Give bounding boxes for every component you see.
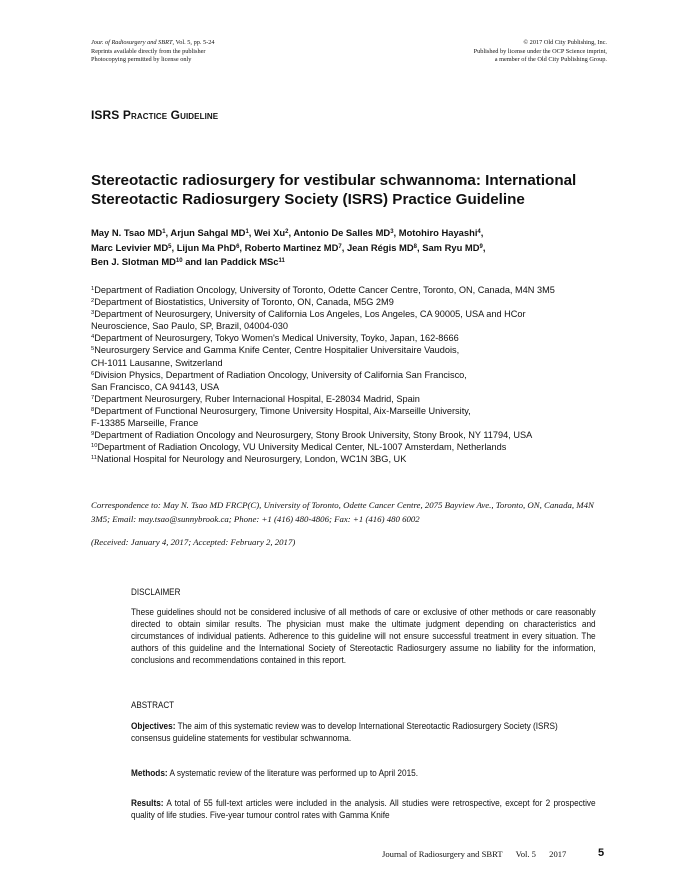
author: Roberto Martinez MD7, [245, 242, 347, 253]
affiliation-text: Neurosurgery Service and Gamma Knife Cen… [91, 345, 459, 367]
author-name: Arjun Sahgal MD [170, 227, 245, 238]
abstract-methods: Methods: A systematic review of the lite… [131, 767, 596, 779]
section-label-prefix: ISRS [91, 108, 123, 122]
objectives-text: The aim of this systematic review was to… [131, 720, 558, 743]
author-affiliation-marker: 10 [176, 258, 183, 264]
journal-name: Jour. of Radiosurgery and SBRT [91, 39, 172, 46]
author-separator: , [481, 227, 484, 238]
affiliation: 6Division Physics, Department of Radiati… [91, 369, 621, 393]
copyright-line: © 2017 Old City Publishing, Inc. [474, 39, 607, 48]
affiliation-text: Department of Radiation Oncology and Neu… [94, 430, 532, 440]
affiliation: 1Department of Radiation Oncology, Unive… [91, 284, 621, 296]
author-name: Motohiro Hayashi [399, 227, 478, 238]
disclaimer-heading: DISCLAIMER [131, 587, 180, 597]
affiliation: 7Department Neurosurgery, Ruber Internac… [91, 393, 621, 405]
author: Sam Ryu MD9, [422, 242, 485, 253]
affiliation-list: 1Department of Radiation Oncology, Unive… [91, 284, 621, 465]
author-separator: , [483, 242, 486, 253]
methods-text: A systematic review of the literature wa… [168, 767, 418, 778]
methods-label: Methods: [131, 767, 168, 778]
received-dates: (Received: January 4, 2017; Accepted: Fe… [91, 537, 295, 547]
footer-volume: Vol. 5 [516, 849, 536, 859]
author-name: Lijun Ma PhD [177, 242, 236, 253]
author: Motohiro Hayashi4, [399, 227, 484, 238]
author: May N. Tsao MD1, [91, 227, 170, 238]
disclaimer-body: These guidelines should not be considere… [131, 606, 596, 666]
correspondence: Correspondence to: May N. Tsao MD FRCP(C… [91, 499, 611, 526]
author-separator: and [183, 256, 205, 267]
author: Antonio De Salles MD3, [293, 227, 398, 238]
author-list: May N. Tsao MD1, Arjun Sahgal MD1, Wei X… [91, 226, 611, 270]
volume-pages: , Vol. 5, pp. 5-24 [172, 39, 214, 46]
affiliation: 9Department of Radiation Oncology and Ne… [91, 429, 621, 441]
running-header-right: © 2017 Old City Publishing, Inc. Publish… [474, 39, 607, 65]
author: Ian Paddick MSc11 [204, 256, 284, 267]
affiliation: 4Department of Neurosurgery, Tokyo Women… [91, 332, 621, 344]
footer-journal: Journal of Radiosurgery and SBRT [382, 849, 503, 859]
author-name: Roberto Martinez MD [245, 242, 339, 253]
affiliation: 10Department of Radiation Oncology, VU U… [91, 441, 621, 453]
affiliation-text: Department of Radiation Oncology, VU Uni… [97, 442, 506, 452]
reprints-note: Reprints available directly from the pub… [91, 48, 215, 57]
results-text: A total of 55 full-text articles were in… [131, 797, 596, 820]
affiliation-text: Department of Radiation Oncology, Univer… [94, 285, 555, 295]
author: Jean Régis MD8, [347, 242, 422, 253]
affiliation: 2Department of Biostatistics, University… [91, 296, 621, 308]
author: Lijun Ma PhD6, [177, 242, 245, 253]
author: Arjun Sahgal MD1, [170, 227, 254, 238]
author-name: Jean Régis MD [347, 242, 414, 253]
author-name: Ian Paddick MSc [204, 256, 278, 267]
article-title: Stereotactic radiosurgery for vestibular… [91, 171, 611, 209]
affiliation-text: National Hospital for Neurology and Neur… [97, 454, 406, 464]
section-label-suffix: Practice Guideline [123, 108, 218, 122]
author-name: May N. Tsao MD [91, 227, 162, 238]
affiliation: 11National Hospital for Neurology and Ne… [91, 453, 621, 465]
page-footer: Journal of Radiosurgery and SBRT Vol. 5 … [382, 849, 577, 859]
author-name: Ben J. Slotman MD [91, 256, 176, 267]
affiliation-text: Department of Functional Neurosurgery, T… [91, 406, 471, 428]
affiliation-text: Department of Neurosurgery, Tokyo Women'… [94, 333, 459, 343]
author-name: Wei Xu [254, 227, 285, 238]
affiliation: 8Department of Functional Neurosurgery, … [91, 405, 621, 429]
author-name: Marc Levivier MD [91, 242, 168, 253]
page-number: 5 [598, 847, 604, 859]
publisher-group-line: a member of the Old City Publishing Grou… [474, 56, 607, 65]
affiliation: 5Neurosurgery Service and Gamma Knife Ce… [91, 344, 621, 368]
affiliation-text: Division Physics, Department of Radiatio… [91, 370, 467, 392]
affiliation: 3Department of Neurosurgery, University … [91, 308, 621, 332]
author: Marc Levivier MD5, [91, 242, 177, 253]
section-label: ISRS Practice Guideline [91, 108, 218, 122]
photocopy-note: Photocopying permitted by license only [91, 56, 215, 65]
affiliation-text: Department Neurosurgery, Ruber Internaci… [94, 394, 420, 404]
author-name: Antonio De Salles MD [293, 227, 390, 238]
author-affiliation-marker: 11 [278, 258, 284, 264]
affiliation-text: Department of Neurosurgery, University o… [91, 309, 526, 331]
abstract-results: Results: A total of 55 full-text article… [131, 797, 596, 821]
abstract-objectives: Objectives: The aim of this systematic r… [131, 720, 596, 744]
objectives-label: Objectives: [131, 720, 175, 731]
license-line: Published by license under the OCP Scien… [474, 48, 607, 57]
abstract-heading: ABSTRACT [131, 700, 174, 710]
running-header-left: Jour. of Radiosurgery and SBRT, Vol. 5, … [91, 39, 215, 65]
results-label: Results: [131, 797, 164, 808]
author: Ben J. Slotman MD10 and [91, 256, 204, 267]
footer-year: 2017 [549, 849, 566, 859]
author-name: Sam Ryu MD [422, 242, 479, 253]
affiliation-text: Department of Biostatistics, University … [94, 297, 394, 307]
journal-citation: Jour. of Radiosurgery and SBRT, Vol. 5, … [91, 39, 215, 48]
author: Wei Xu2, [254, 227, 293, 238]
